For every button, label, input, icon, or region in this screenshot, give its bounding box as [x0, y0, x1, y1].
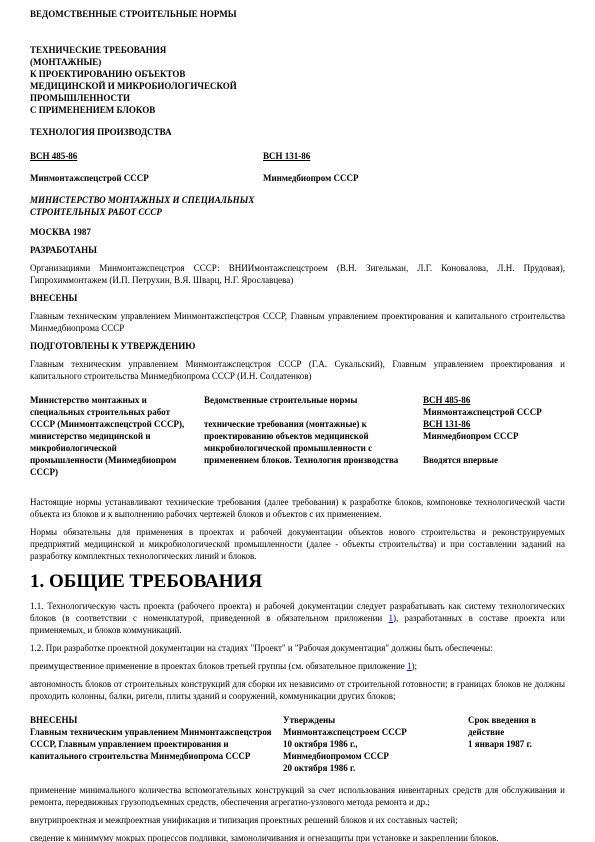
developed-text: Организациями Минмонтажспецстроя СССР: В…	[30, 262, 565, 286]
approval-submitted-cell: ВНЕСЕНЫ Главным техническим управлением …	[30, 714, 283, 774]
approval-approved-cell: Утверждены Минмонтажспецстроем СССР 10 о…	[283, 714, 468, 774]
stamp-norms-text: технические требования (монтажные) к про…	[204, 418, 409, 466]
stamp-org-2: Минмедбиопром СССР	[423, 430, 565, 442]
org-minmontazh: Минмонтажспецстрой СССР	[30, 172, 263, 184]
approval-approved-date-2: 20 октября 1986 г.	[283, 762, 468, 774]
prepared-label: ПОДГОТОВЛЕНЫ К УТВЕРЖДЕНИЮ	[30, 340, 565, 352]
doc-type-heading: ВЕДОМСТВЕННЫЕ СТРОИТЕЛЬНЫЕ НОРМЫ	[30, 8, 565, 20]
submitted-text: Главным техническим управлением Минмонта…	[30, 310, 565, 334]
requirement-item-5: сведение к минимуму мокрых процессов под…	[30, 832, 565, 842]
clause-1-1: 1.1. Технологическую часть проекта (рабо…	[30, 600, 565, 636]
doc-subtitle: ТЕХНОЛОГИЯ ПРОИЗВОДСТВА	[30, 126, 565, 138]
approval-submitted-text: Главным техническим управлением Минмонта…	[30, 726, 283, 762]
prepared-text: Главным техническим управлением Минмонта…	[30, 358, 565, 382]
approval-effective-date: 1 января 1987 г.	[468, 738, 565, 750]
intro-paragraph-2: Нормы обязательны для применения в проек…	[30, 526, 565, 562]
doc-title-line-3: К ПРОЕКТИРОВАНИЮ ОБЪЕКТОВ	[30, 68, 565, 80]
code-vsn-131: ВСН 131-86	[263, 150, 565, 162]
approval-approved-date-1: 10 октября 1986 г.,	[283, 738, 468, 750]
requirement-item-1-text: преимущественное применение в проектах б…	[30, 661, 407, 671]
requirement-item-1: преимущественное применение в проектах б…	[30, 660, 565, 672]
stamp-codes-cell: ВСН 485-86 Минмонтажспецстрой СССР ВСН 1…	[423, 394, 565, 478]
section-1-heading: 1. ОБЩИЕ ТРЕБОВАНИЯ	[30, 572, 565, 592]
approval-approved-label: Утверждены	[283, 714, 468, 726]
stamp-first-issue-note: Вводятся впервые	[423, 454, 565, 466]
clause-1-2: 1.2. При разработке проектной документац…	[30, 642, 565, 654]
requirement-item-4: внутрипроектная и межпроектная унификаци…	[30, 814, 565, 826]
submitted-label: ВНЕСЕНЫ	[30, 292, 565, 304]
stamp-code-485: ВСН 485-86	[423, 394, 565, 406]
stamp-norms-cell: Ведомственные строительные нормы техниче…	[204, 394, 409, 478]
doc-title-line-1: ТЕХНИЧЕСКИЕ ТРЕБОВАНИЯ	[30, 44, 565, 56]
doc-title-line-2: (МОНТАЖНЫЕ)	[30, 56, 565, 68]
approval-effective-cell: Срок введения в действие 1 января 1987 г…	[468, 714, 565, 774]
requirement-item-3: применение минимального количества вспом…	[30, 784, 565, 808]
doc-title-line-5: ПРОМЫШЛЕННОСТИ	[30, 92, 565, 104]
codes-row: ВСН 485-86 ВСН 131-86 Минмонтажспецстрой…	[30, 150, 565, 184]
stamp-org-1: Минмонтажспецстрой СССР	[423, 406, 565, 418]
stamp-ministries-cell: Министерство монтажных и специальных стр…	[30, 394, 190, 478]
requirement-item-1-text-cont: );	[412, 661, 418, 671]
approval-approved-org-2: Минмедбиопромом СССР	[283, 750, 468, 762]
code-vsn-485: ВСН 485-86	[30, 150, 263, 162]
developed-label: РАЗРАБОТАНЫ	[30, 244, 565, 256]
requirement-item-2: автономность блоков от строительных конс…	[30, 678, 565, 702]
approval-submitted-label: ВНЕСЕНЫ	[30, 714, 283, 726]
stamp-table: Министерство монтажных и специальных стр…	[30, 394, 565, 478]
stamp-code-131: ВСН 131-86	[423, 418, 565, 430]
approval-effective-label: Срок введения в действие	[468, 714, 565, 738]
approval-approved-org-1: Минмонтажспецстроем СССР	[283, 726, 468, 738]
city-year: МОСКВА 1987	[30, 226, 565, 238]
stamp-norms-title: Ведомственные строительные нормы	[204, 394, 409, 406]
intro-paragraph-1: Настоящие нормы устанавливают технически…	[30, 496, 565, 520]
approval-table: ВНЕСЕНЫ Главным техническим управлением …	[30, 714, 565, 774]
doc-title: ТЕХНИЧЕСКИЕ ТРЕБОВАНИЯ (МОНТАЖНЫЕ) К ПРО…	[30, 44, 565, 116]
org-minmedbioprom: Минмедбиопром СССР	[263, 172, 565, 184]
doc-title-line-4: МЕДИЦИНСКОЙ И МИКРОБИОЛОГИЧЕСКОЙ	[30, 80, 565, 92]
document-page: ВЕДОМСТВЕННЫЕ СТРОИТЕЛЬНЫЕ НОРМЫ ТЕХНИЧЕ…	[0, 0, 595, 842]
ministry-name: МИНИСТЕРСТВО МОНТАЖНЫХ И СПЕЦИАЛЬНЫХ СТР…	[30, 194, 265, 218]
doc-title-line-6: С ПРИМЕНЕНИЕМ БЛОКОВ	[30, 104, 565, 116]
